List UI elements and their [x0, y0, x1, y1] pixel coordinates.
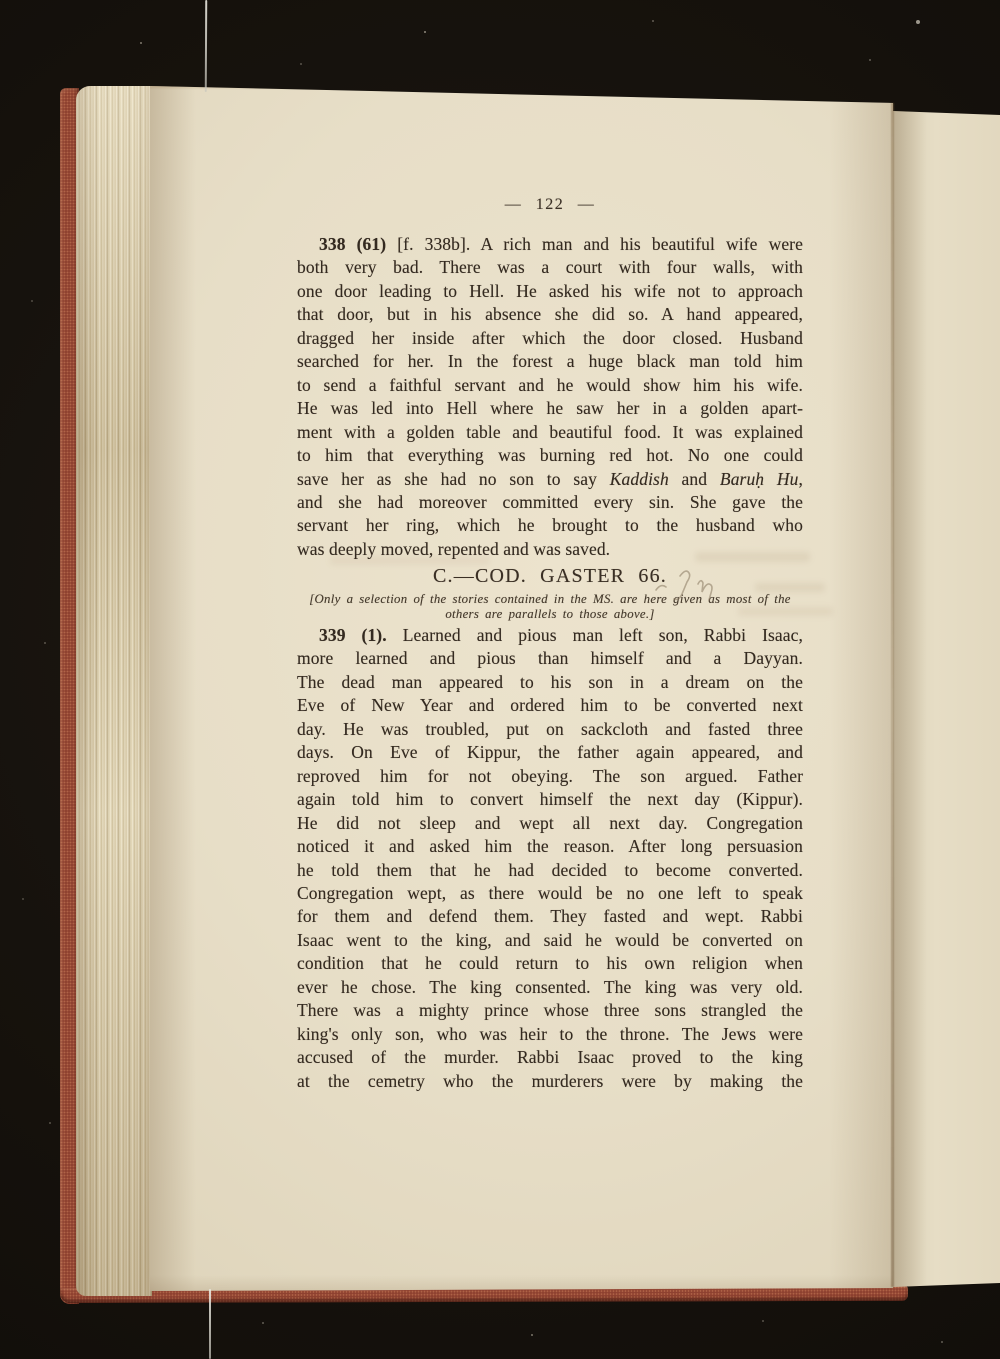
text-segment: accused of the murder. Rabbi Isaac prove…	[297, 1047, 803, 1067]
entry-339-line: day. He was troubled, put on sackcloth a…	[297, 718, 803, 741]
entry-338-line: searched for her. In the forest a huge b…	[297, 350, 803, 373]
entry-338-line: one door leading to Hell. He asked his w…	[297, 280, 803, 303]
text-segment: ,	[799, 469, 803, 489]
text-segment: [f. 338b]. A rich man and his beautiful …	[397, 234, 803, 254]
text-segment: Learned and pious man left son, Rabbi Is…	[387, 625, 803, 645]
entry-339-line: at the cemetry who the murderers were by…	[297, 1070, 803, 1093]
text-segment: 339 (1).	[319, 625, 387, 645]
entry-339-line: he told them that he had decided to beco…	[297, 859, 803, 882]
editorial-note-line: others are parallels to those above.]	[288, 607, 812, 622]
dust-specks	[0, 0, 2, 2]
entry-338-line: save her as she had no son to say Kaddis…	[297, 468, 803, 491]
text-segment: There was a mighty prince whose three so…	[297, 1000, 803, 1020]
entry-339-line: again told him to convert himself the ne…	[297, 788, 803, 811]
text-segment: ever he chose. The king consented. The k…	[297, 977, 803, 997]
facing-page-sliver	[893, 84, 1000, 1287]
hanging-thread-top	[205, 0, 207, 92]
text-segment: was deeply moved, repented and was saved…	[297, 539, 610, 559]
text-segment: reproved him for not obeying. The son ar…	[297, 766, 803, 786]
text-segment: Baruḥ Hu	[720, 469, 799, 489]
entry-338-line: to send a faithful servant and he would …	[297, 374, 803, 397]
text-segment: The dead man appeared to his son in a dr…	[297, 672, 803, 692]
entry-339-line: days. On Eve of Kippur, the father again…	[297, 741, 803, 764]
text-segment: king's only son, who was heir to the thr…	[297, 1024, 803, 1044]
entry-339-line: noticed it and asked him the reason. Aft…	[297, 835, 803, 858]
text-segment: noticed it and asked him the reason. Aft…	[297, 836, 803, 856]
text-segment: He was led into Hell where he saw her in…	[297, 398, 803, 418]
entry-339-line: king's only son, who was heir to the thr…	[297, 1023, 803, 1046]
section-heading: C.—COD. GASTER 66.	[297, 565, 803, 588]
text-segment: Kaddish	[610, 469, 669, 489]
entry-338-line: and she had moreover committed every sin…	[297, 491, 803, 514]
text-segment: ment with a golden table and beautiful f…	[297, 422, 803, 442]
text-segment: to send a faithful servant and he would …	[297, 375, 803, 395]
entry-338-line: ment with a golden table and beautiful f…	[297, 421, 803, 444]
entry-339-line: condition that he could return to his ow…	[297, 952, 803, 975]
page-number: — 122 —	[297, 196, 803, 214]
entry-338-line: both very bad. There was a court with fo…	[297, 256, 803, 279]
text-segment: dragged her inside after which the door …	[297, 328, 803, 348]
entry-339-line: reproved him for not obeying. The son ar…	[297, 765, 803, 788]
text-segment: again told him to convert himself the ne…	[297, 789, 803, 809]
text-segment: and	[669, 469, 720, 489]
entry-338-line: was deeply moved, repented and was saved…	[297, 538, 803, 561]
text-segment: Congregation wept, as there would be no …	[297, 883, 803, 903]
entry-338-line: that door, but in his absence she did so…	[297, 303, 803, 326]
text-segment: Isaac went to the king, and said he woul…	[297, 930, 803, 950]
entry-339-line: for them and defend them. They fasted an…	[297, 905, 803, 928]
entry-338-line: dragged her inside after which the door …	[297, 327, 803, 350]
entry-339-line: Eve of New Year and ordered him to be co…	[297, 694, 803, 717]
text-segment: and she had moreover committed every sin…	[297, 492, 803, 512]
gutter-crease	[891, 103, 894, 1287]
entry-339-line: 339 (1). Learned and pious man left son,…	[297, 624, 803, 647]
text-segment: condition that he could return to his ow…	[297, 953, 803, 973]
entry-339-line: ever he chose. The king consented. The k…	[297, 976, 803, 999]
text-segment: save her as she had no son to say	[297, 469, 610, 489]
text-segment: at the cemetry who the murderers were by…	[297, 1071, 803, 1091]
entry-338-line: to him that everything was burning red h…	[297, 444, 803, 467]
page-fore-edge-stack	[76, 86, 152, 1296]
text-segment: 338 (61)	[319, 234, 397, 254]
text-segment: to him that everything was burning red h…	[297, 445, 803, 465]
text-segment: for them and defend them. They fasted an…	[297, 906, 803, 926]
hanging-thread-bottom	[209, 1289, 211, 1359]
handwritten-pencil-mark	[650, 566, 722, 606]
text-segment: He did not sleep and wept all next day. …	[297, 813, 803, 833]
entry-338-line: servant her ring, which he brought to th…	[297, 514, 803, 537]
text-segment: searched for her. In the forest a huge b…	[297, 351, 803, 371]
editorial-note-line: [Only a selection of the stories contain…	[288, 592, 812, 607]
text-segment: more learned and pious than himself and …	[297, 648, 803, 668]
text-segment: servant her ring, which he brought to th…	[297, 515, 803, 535]
entry-339-line: There was a mighty prince whose three so…	[297, 999, 803, 1022]
text-segment: both very bad. There was a court with fo…	[297, 257, 803, 277]
text-segment: one door leading to Hell. He asked his w…	[297, 281, 803, 301]
entry-339-line: more learned and pious than himself and …	[297, 647, 803, 670]
text-segment: days. On Eve of Kippur, the father again…	[297, 742, 803, 762]
catalog-entry-339: 339 (1). Learned and pious man left son,…	[297, 624, 803, 1093]
text-segment: he told them that he had decided to beco…	[297, 860, 803, 880]
photo-backdrop: — 122 — 338 (61) [f. 338b]. A rich man a…	[0, 0, 1000, 1359]
text-segment: that door, but in his absence she did so…	[297, 304, 803, 324]
text-segment: Eve of New Year and ordered him to be co…	[297, 695, 803, 715]
entry-339-line: The dead man appeared to his son in a dr…	[297, 671, 803, 694]
entry-339-line: He did not sleep and wept all next day. …	[297, 812, 803, 835]
text-segment: day. He was troubled, put on sackcloth a…	[297, 719, 803, 739]
catalog-entry-338: 338 (61) [f. 338b]. A rich man and his b…	[297, 233, 803, 561]
editorial-note: [Only a selection of the stories contain…	[288, 592, 812, 622]
entry-339-line: Congregation wept, as there would be no …	[297, 882, 803, 905]
entry-339-line: accused of the murder. Rabbi Isaac prove…	[297, 1046, 803, 1069]
entry-338-line: 338 (61) [f. 338b]. A rich man and his b…	[297, 233, 803, 256]
entry-339-line: Isaac went to the king, and said he woul…	[297, 929, 803, 952]
entry-338-line: He was led into Hell where he saw her in…	[297, 397, 803, 420]
